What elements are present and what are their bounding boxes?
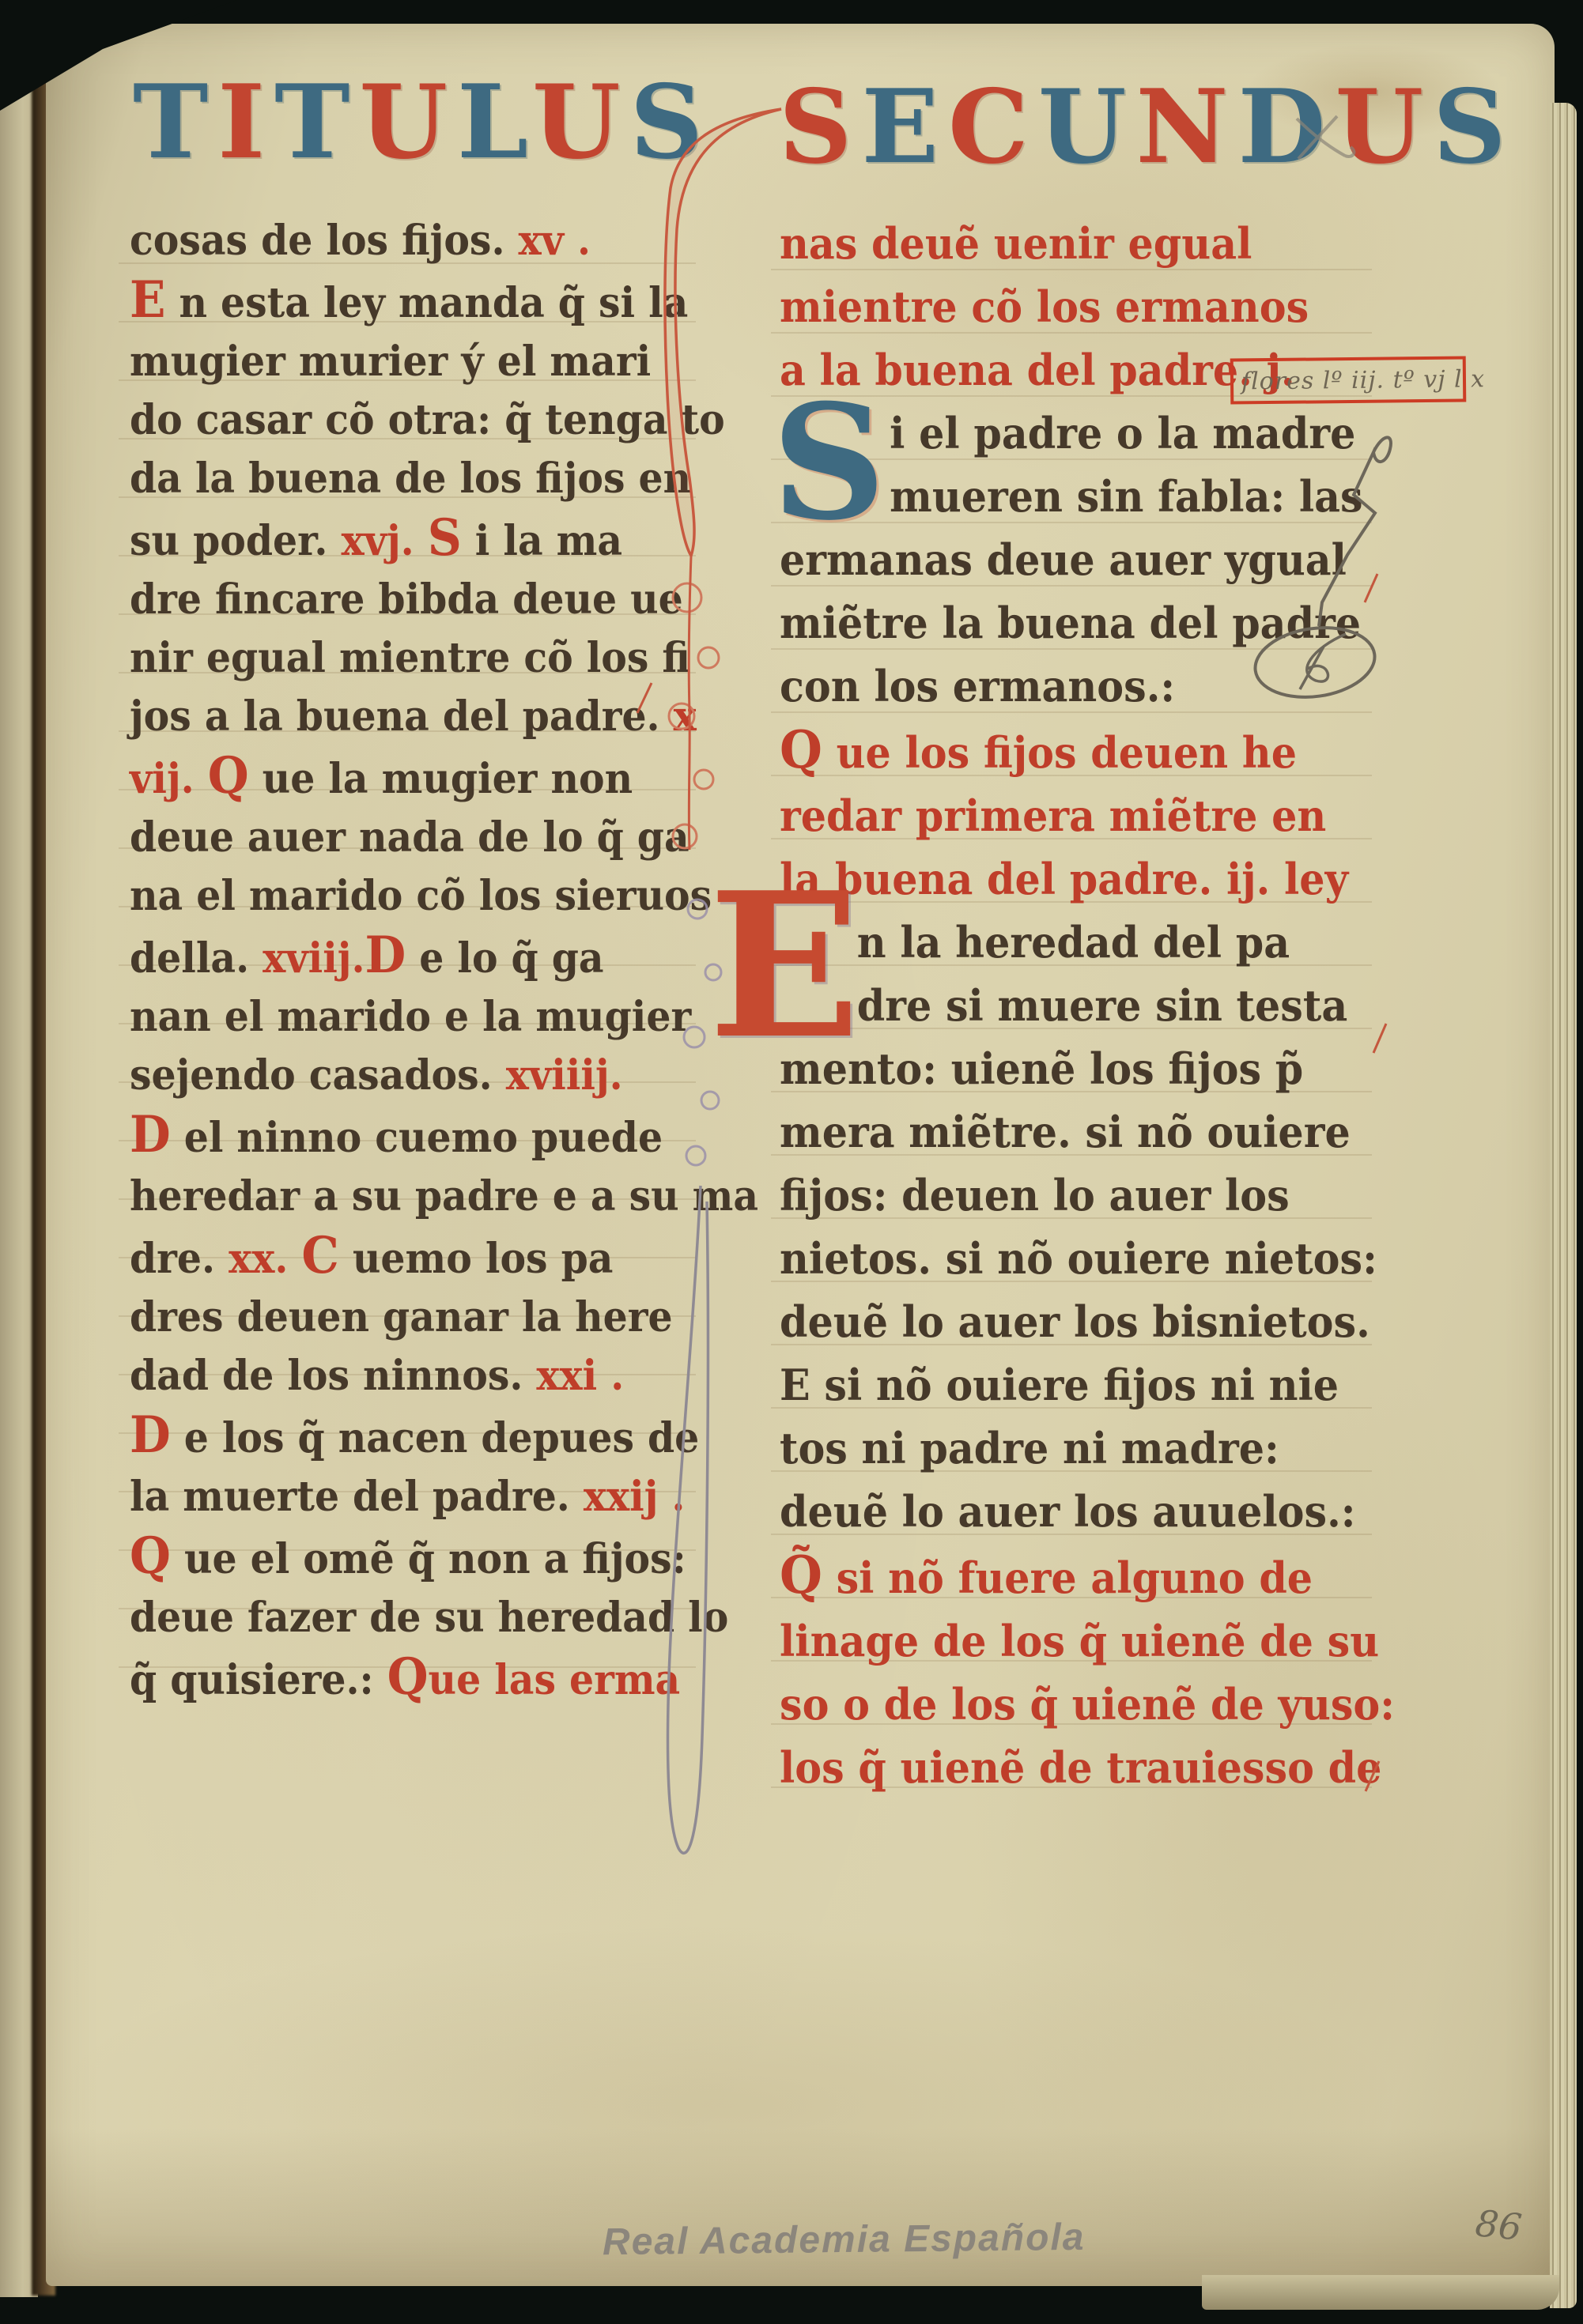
line-text: jos a la buena del padre.: [130, 692, 660, 741]
line-text: fijos: deuen lo auer los: [780, 1170, 1290, 1220]
manuscript-line: nas deuẽ uenir egual: [780, 212, 1322, 275]
rubric-text: xviiij.: [506, 1051, 623, 1100]
manuscript-line: heredar a su padre e a su ma: [130, 1168, 650, 1226]
line-text: cosas de los fijos.: [130, 217, 504, 265]
line-text: della.: [130, 934, 263, 983]
rubric-text: xx.: [215, 1235, 301, 1283]
manuscript-line: miẽtre la buena del padre: [780, 591, 1322, 655]
manuscript-line: sejendo casados. xviiij.: [130, 1047, 650, 1105]
manuscript-line: la muerte del padre. xxij .: [130, 1468, 650, 1526]
rubric-text: so o de los q̃ uienẽ de yuso:: [780, 1679, 1395, 1730]
line-text: tos ni padre ni madre:: [780, 1423, 1279, 1473]
manuscript-line: con los ermanos.:: [780, 655, 1322, 718]
rubric-text: nas deuẽ uenir egual: [780, 218, 1252, 269]
line-text: con los ermanos.:: [780, 661, 1175, 711]
line-text: ue la mugier non: [249, 755, 633, 803]
manuscript-line: dres deuen ganar la here: [130, 1288, 650, 1347]
manuscript-line: mientre cõ los ermanos: [780, 275, 1322, 338]
manuscript-line: linage de los q̃ uienẽ de su: [780, 1609, 1322, 1673]
page-edge-stack: [1550, 103, 1577, 2308]
manuscript-line: so o de los q̃ uienẽ de yuso:: [780, 1673, 1322, 1736]
line-text: e los q̃ nacen depues de: [171, 1414, 700, 1462]
header-letter: D: [1238, 68, 1336, 187]
header-letter: U: [1038, 68, 1136, 187]
line-text: E si nõ ouiere fijos ni nie: [780, 1360, 1339, 1410]
line-text: n la heredad del pa: [857, 917, 1290, 968]
manuscript-line: do casar cõ otra: q̃ tenga to: [130, 391, 650, 450]
manuscript-line: deue fazer de su heredad lo: [130, 1589, 650, 1647]
rubric-text: C: [301, 1225, 338, 1285]
header-secundus: SECUNDUS: [779, 68, 1516, 187]
line-text: q̃ quisiere.:: [130, 1656, 387, 1704]
line-text: n esta ley manda q̃ si la: [165, 279, 688, 327]
line-text: nan el marido e la mugier: [130, 993, 691, 1041]
rubric-text: linage de los q̃ uienẽ de su: [780, 1616, 1379, 1666]
header-letter: S: [1433, 68, 1515, 187]
manuscript-line: Q ue los fijos deuen he: [780, 718, 1322, 784]
line-text: na el marido cõ los sieruos: [130, 872, 712, 920]
rubric-text: vij.: [130, 755, 208, 803]
manuscript-line: dad de los ninnos. xxi .: [130, 1347, 650, 1405]
rubric-text: Q: [130, 1526, 171, 1585]
rubric-text: D: [130, 1405, 171, 1464]
line-text: dre fincare bibda deue ue: [130, 575, 683, 624]
line-text: i el padre o la madre: [890, 408, 1355, 458]
rubric-text: D: [130, 1104, 171, 1164]
line-text: el ninno cuemo puede: [171, 1114, 663, 1162]
line-text: mera miẽtre. si nõ ouiere: [780, 1107, 1351, 1157]
header-letter: N: [1136, 68, 1238, 187]
manuscript-line: vij. Q ue la mugier non: [130, 746, 650, 809]
manuscript-line: mento: uienẽ los fijos p̃: [780, 1037, 1322, 1100]
manuscript-line: su poder. xvj. S i la ma: [130, 508, 650, 571]
header-letter: T: [133, 63, 217, 182]
rubric-text: xvj.: [327, 517, 427, 565]
manuscript-line: redar primera miẽtre en: [780, 784, 1322, 847]
line-text: dres deuen ganar la here: [130, 1293, 673, 1341]
line-text: heredar a su padre e a su ma: [130, 1172, 758, 1220]
header-letter: L: [457, 63, 532, 182]
line-text: mueren sin fabla: las: [890, 471, 1363, 522]
manuscript-line: nan el marido e la mugier: [130, 988, 650, 1047]
rubric-text: si nõ fuere alguno de: [822, 1552, 1313, 1603]
rubric-text: mientre cõ los ermanos: [780, 281, 1309, 332]
margin-note-box: flores lº iij. tº vj l x: [1230, 356, 1467, 404]
line-text: do casar cõ otra: q̃ tenga to: [130, 396, 725, 444]
rubric-text: Q̃: [780, 1544, 822, 1605]
rubric-text: D: [365, 925, 406, 984]
line-text: ue el omẽ q̃ non a fijos:: [171, 1535, 686, 1583]
manuscript-line: Q̃ si nõ fuere alguno de: [780, 1543, 1322, 1609]
manuscript-line: los q̃ uienẽ de trauiesso de: [780, 1736, 1322, 1799]
rubric-text: E: [130, 270, 165, 329]
left-text-column: cosas de los fijos. xv .E n esta ley man…: [130, 212, 683, 1710]
header-letter: E: [861, 68, 948, 187]
rubric-text: ue los fijos deuen he: [822, 727, 1297, 778]
rubric-text: S: [428, 507, 462, 567]
line-text: mugier murier ý el mari: [130, 338, 651, 386]
rubric-text: xxij .: [570, 1473, 686, 1521]
manuscript-line: dre si muere sin testa: [780, 974, 1322, 1037]
manuscript-line: deuẽ lo auer los bisnietos.: [780, 1290, 1322, 1353]
manuscript-line: q̃ quisiere.: Que las erma: [130, 1647, 650, 1710]
line-text: da la buena de los fijos en: [130, 455, 691, 503]
folio-number: 86: [1473, 2201, 1524, 2249]
line-text: la muerte del padre.: [130, 1473, 570, 1521]
line-text: deue fazer de su heredad lo: [130, 1594, 728, 1642]
manuscript-line: da la buena de los fijos en: [130, 450, 650, 508]
header-letter: S: [630, 63, 712, 182]
header-letter: I: [217, 63, 274, 182]
header-letter: T: [274, 63, 359, 182]
header-letter: C: [948, 68, 1038, 187]
header-letter: U: [532, 63, 630, 182]
manuscript-line: tos ni padre ni madre:: [780, 1417, 1322, 1480]
line-text: deue auer nada de lo q̃ ga: [130, 813, 689, 862]
manuscript-line: D el ninno cuemo puede: [130, 1105, 650, 1168]
header-letter: U: [1336, 68, 1434, 187]
manuscript-line: E n esta ley manda q̃ si la: [130, 270, 650, 333]
rubric-text: redar primera miẽtre en: [780, 790, 1326, 841]
line-text: deuẽ lo auer los bisnietos.: [780, 1296, 1370, 1347]
manuscript-line: cosas de los fijos. xv .: [130, 212, 650, 270]
rubric-text: Q: [387, 1647, 429, 1706]
manuscript-line: della. xviij.D e lo q̃ ga: [130, 926, 650, 988]
rubric-text: ue las erma: [429, 1656, 681, 1704]
rubric-text: xxi .: [523, 1352, 624, 1400]
illuminated-initial-s: S: [772, 384, 886, 542]
line-text: nietos. si nõ ouiere nietos:: [780, 1233, 1377, 1284]
manuscript-line: deue auer nada de lo q̃ ga: [130, 809, 650, 867]
rubric-text: Q: [208, 745, 249, 805]
line-text: uemo los pa: [339, 1235, 614, 1283]
margin-note-text: flores lº iij. tº vj l x: [1241, 365, 1485, 395]
manuscript-line: Q ue el omẽ q̃ non a fijos:: [130, 1526, 650, 1589]
header-letter: U: [359, 63, 457, 182]
manuscript-line: fijos: deuen lo auer los: [780, 1164, 1322, 1227]
illuminated-initial-e: E: [708, 866, 860, 1066]
manuscript-line: la buena del padre. ij. ley: [780, 847, 1322, 911]
manuscript-line: nir egual mientre cõ los fi: [130, 629, 650, 688]
manuscript-line: jos a la buena del padre. x: [130, 688, 650, 746]
manuscript-line: na el marido cõ los sieruos: [130, 867, 650, 926]
header-letter: S: [779, 68, 861, 187]
line-text: dre.: [130, 1235, 215, 1283]
rubric-text: los q̃ uienẽ de trauiesso de: [780, 1742, 1381, 1793]
line-text: su poder.: [130, 517, 327, 565]
line-text: dad de los ninnos.: [130, 1352, 523, 1400]
line-text: deuẽ lo auer los auuelos.:: [780, 1486, 1355, 1537]
library-watermark: Real Academia Española: [603, 2216, 1086, 2264]
manuscript-line: D e los q̃ nacen depues de: [130, 1405, 650, 1468]
rubric-text: x: [660, 692, 697, 741]
manuscript-line: dre. xx. C uemo los pa: [130, 1226, 650, 1288]
rubric-text: xviij.: [263, 934, 365, 983]
manuscript-photo: { "page": { "watermark": "Real Academia …: [0, 0, 1583, 2324]
manuscript-line: deuẽ lo auer los auuelos.:: [780, 1480, 1322, 1543]
rubric-text: Q: [780, 719, 822, 780]
manuscript-line: E si nõ ouiere fijos ni nie: [780, 1353, 1322, 1417]
header-titulus: TITULUS: [133, 63, 712, 182]
line-text: nir egual mientre cõ los fi: [130, 634, 690, 682]
manuscript-line: nietos. si nõ ouiere nietos:: [780, 1227, 1322, 1290]
line-text: i la ma: [462, 517, 622, 565]
rubric-text: xv .: [504, 217, 591, 265]
line-text: dre si muere sin testa: [857, 980, 1347, 1031]
page-edge-stack-bottom: [1202, 2275, 1559, 2310]
manuscript-line: mugier murier ý el mari: [130, 333, 650, 391]
manuscript-line: mera miẽtre. si nõ ouiere: [780, 1100, 1322, 1164]
manuscript-line: n la heredad del pa: [780, 911, 1322, 974]
line-text: miẽtre la buena del padre: [780, 598, 1361, 648]
line-text: e lo q̃ ga: [406, 934, 603, 983]
line-text: sejendo casados.: [130, 1051, 506, 1100]
rubric-text: la buena del padre. ij. ley: [780, 854, 1348, 904]
manuscript-line: dre fincare bibda deue ue: [130, 571, 650, 629]
